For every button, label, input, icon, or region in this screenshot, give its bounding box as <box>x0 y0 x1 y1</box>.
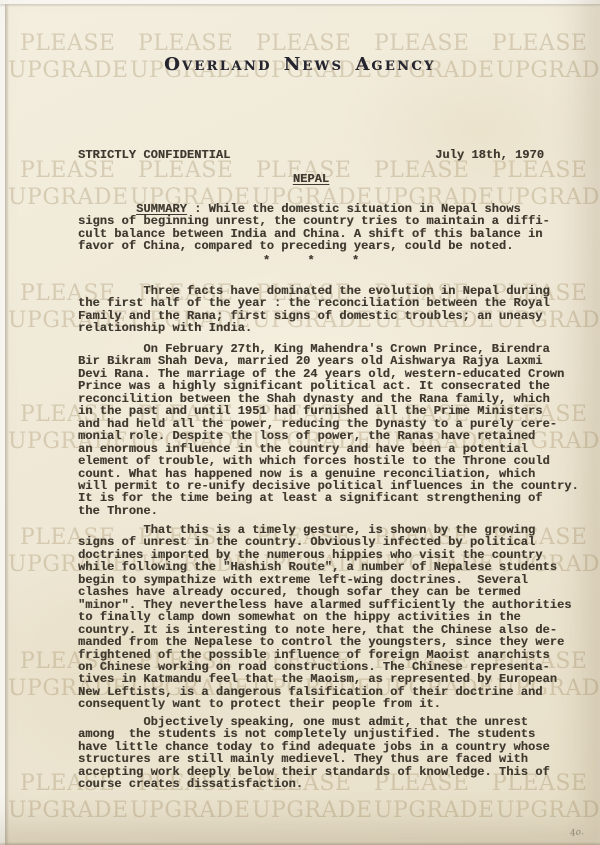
text-line: element of trouble, with which forces ho… <box>78 455 579 467</box>
paragraph: On February 27th, King Mahendra's Crown … <box>78 343 579 517</box>
text-line: Prince was a highly significant politica… <box>78 380 579 392</box>
paragraph: That this is a timely gesture, is shown … <box>78 524 572 711</box>
text-line: to finally clamp down somewhat on the hi… <box>78 611 572 623</box>
date-label: July 18th, 1970 <box>435 149 544 162</box>
text-line: manded from the Nepalese to control the … <box>78 636 572 648</box>
text-line: monial role. Despite the loss of power, … <box>78 430 579 442</box>
text-line: consequently want to protect their peopl… <box>78 698 572 710</box>
classification-label: STRICTLY CONFIDENTIAL <box>78 149 230 162</box>
scan-edge-left-shadow <box>5 0 9 845</box>
text-line: while following the "Hashish Route", a n… <box>78 561 572 573</box>
text-line: clashes have already occured, though sof… <box>78 586 572 598</box>
text-line: in the past and until 1951 had furnished… <box>78 405 579 417</box>
text-line: course creates dissatisfaction. <box>78 778 550 790</box>
doc-title-text: NEPAL <box>293 172 329 186</box>
asterisk-divider: * * * <box>78 255 544 268</box>
paragraph: Three facts have dominated the evolution… <box>78 285 550 335</box>
meta-row: STRICTLY CONFIDENTIAL July 18th, 1970 <box>78 149 544 162</box>
text-line: relationship with India. <box>78 322 550 334</box>
text-line: the Throne. <box>78 505 579 517</box>
agency-name-word: OVERLAND <box>164 54 272 75</box>
document-content: OVERLANDNEWSAGENCY STRICTLY CONFIDENTIAL… <box>0 0 600 845</box>
agency-letterhead: OVERLANDNEWSAGENCY <box>0 54 600 75</box>
scan-edge-top-shadow <box>0 4 600 7</box>
text-line: favor of China, compared to preceding ye… <box>78 240 550 252</box>
pencil-annotation: 4o. <box>569 827 584 839</box>
agency-name-word: AGENCY <box>355 54 436 75</box>
agency-name-word: NEWS <box>284 54 344 75</box>
text-line: structures are still mainly medievel. Th… <box>78 753 550 765</box>
summary-paragraph: SUMMARY : While the domestic situation i… <box>78 203 550 253</box>
doc-title: NEPAL <box>78 173 544 186</box>
scanned-document-page: PLEASEPLEASEPLEASEPLEASEPLEASEPLEASEUPGR… <box>0 0 600 845</box>
paragraph: Objectively speaking, one must admit, th… <box>78 716 550 791</box>
